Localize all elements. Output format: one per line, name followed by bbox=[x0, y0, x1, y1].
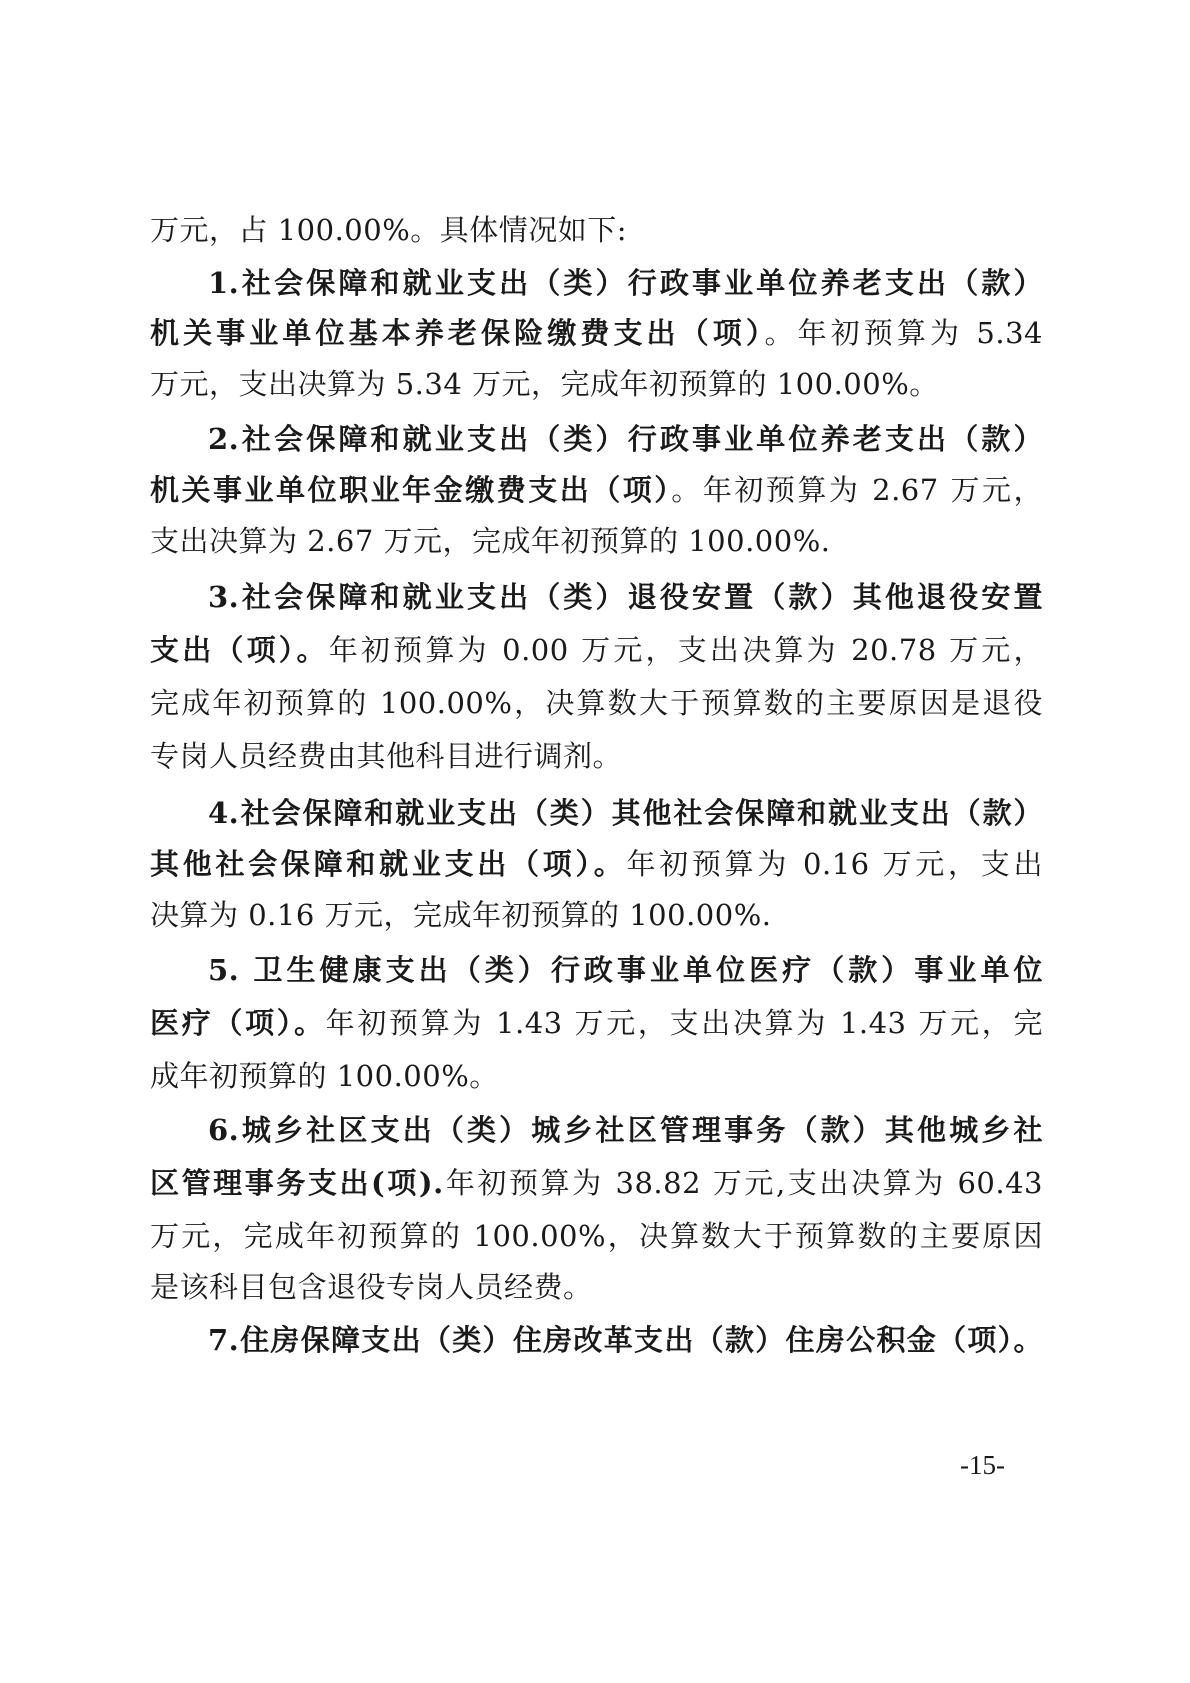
item-6-line-1: 6.城乡社区支出（类）城乡社区管理事务（款）其他城乡社 bbox=[150, 1110, 1043, 1150]
item-3-budget-text: 年初预算为 0.00 万元，支出决算为 20.78 万元， bbox=[329, 633, 1043, 667]
item-6-number: 6. bbox=[208, 1113, 239, 1147]
item-1-line-3: 万元，支出决算为 5.34 万元，完成年初预算的 100.00%。 bbox=[150, 364, 939, 404]
item-5-line-1: 5. 卫生健康支出（类）行政事业单位医疗（款）事业单位 bbox=[150, 950, 1043, 990]
item-6-heading-part-2: 区管理事务支出(项). bbox=[150, 1166, 444, 1200]
intro-tail-line: 万元，占 100.00%。具体情况如下: bbox=[150, 210, 627, 250]
item-6-line-3: 万元，完成年初预算的 100.00%，决算数大于预算数的主要原因 bbox=[150, 1216, 1043, 1256]
item-4-number: 4. bbox=[208, 796, 239, 830]
item-6-result-text: 万元，完成年初预算的 100.00%，决算数大于预算数的主要原因 bbox=[150, 1219, 1043, 1253]
item-3-number: 3. bbox=[208, 580, 239, 614]
item-3-result-text: 完成年初预算的 100.00%，决算数大于预算数的主要原因是退役 bbox=[150, 686, 1043, 720]
item-6-line-2: 区管理事务支出(项).年初预算为 38.82 万元,支出决算为 60.43 bbox=[150, 1163, 1043, 1203]
item-1-number: 1. bbox=[208, 266, 239, 300]
item-3-line-1: 3.社会保障和就业支出（类）退役安置（款）其他退役安置 bbox=[150, 577, 1043, 617]
item-7-number: 7. bbox=[208, 1323, 239, 1357]
item-6-heading-part-1: 城乡社区支出（类）城乡社区管理事务（款）其他城乡社 bbox=[239, 1113, 1043, 1147]
item-5-heading-part-2: 医疗（项）。 bbox=[150, 1006, 326, 1040]
item-7-heading: 住房保障支出（类）住房改革支出（款）住房公积金（项）。 bbox=[239, 1323, 1043, 1357]
item-5-budget-text: 年初预算为 1.43 万元，支出决算为 1.43 万元，完 bbox=[326, 1006, 1043, 1040]
item-2-line-3: 支出决算为 2.67 万元，完成年初预算的 100.00%. bbox=[150, 521, 830, 561]
item-5-result-text: 成年初预算的 100.00%。 bbox=[150, 1059, 499, 1093]
item-3-line-4: 专岗人员经费由其他科目进行调剂。 bbox=[150, 736, 622, 776]
item-3-heading-part-2: 支出（项）。 bbox=[150, 633, 329, 667]
item-5-line-3: 成年初预算的 100.00%。 bbox=[150, 1056, 499, 1096]
item-4-line-1: 4.社会保障和就业支出（类）其他社会保障和就业支出（款） bbox=[150, 793, 1043, 833]
item-2-budget-text: 。年初预算为 2.67 万元， bbox=[671, 473, 1043, 507]
item-1-line-2: 机关事业单位基本养老保险缴费支出（项）。年初预算为 5.34 bbox=[150, 313, 1043, 353]
item-2-line-1: 2.社会保障和就业支出（类）行政事业单位养老支出（款） bbox=[150, 419, 1043, 459]
item-2-heading-part-2: 机关事业单位职业年金缴费支出（项） bbox=[150, 473, 671, 507]
item-2-line-2: 机关事业单位职业年金缴费支出（项）。年初预算为 2.67 万元， bbox=[150, 470, 1043, 510]
item-4-heading-part-1: 社会保障和就业支出（类）其他社会保障和就业支出（款） bbox=[239, 796, 1043, 830]
item-2-number: 2. bbox=[208, 422, 239, 456]
intro-tail-text: 万元，占 100.00%。具体情况如下: bbox=[150, 213, 627, 247]
item-1-line-1: 1.社会保障和就业支出（类）行政事业单位养老支出（款） bbox=[150, 263, 1043, 303]
item-3-heading-part-1: 社会保障和就业支出（类）退役安置（款）其他退役安置 bbox=[239, 580, 1043, 614]
item-5-number: 5. bbox=[208, 953, 239, 987]
item-1-heading-part-1: 社会保障和就业支出（类）行政事业单位养老支出（款） bbox=[239, 266, 1043, 300]
item-2-result-text: 支出决算为 2.67 万元，完成年初预算的 100.00%. bbox=[150, 524, 830, 558]
item-3-reason-text: 专岗人员经费由其他科目进行调剂。 bbox=[150, 739, 622, 773]
item-5-heading-part-1: 卫生健康支出（类）行政事业单位医疗（款）事业单位 bbox=[239, 953, 1043, 987]
item-3-line-3: 完成年初预算的 100.00%，决算数大于预算数的主要原因是退役 bbox=[150, 683, 1043, 723]
item-6-budget-text: 年初预算为 38.82 万元,支出决算为 60.43 bbox=[444, 1166, 1043, 1200]
page-number: -15- bbox=[960, 1448, 1005, 1482]
item-5-line-2: 医疗（项）。年初预算为 1.43 万元，支出决算为 1.43 万元，完 bbox=[150, 1003, 1043, 1043]
item-4-heading-part-2: 其他社会保障和就业支出（项）。 bbox=[150, 847, 626, 881]
item-4-result-text: 决算为 0.16 万元，完成年初预算的 100.00%. bbox=[150, 898, 771, 932]
item-3-line-2: 支出（项）。年初预算为 0.00 万元，支出决算为 20.78 万元， bbox=[150, 630, 1043, 670]
item-2-heading-part-1: 社会保障和就业支出（类）行政事业单位养老支出（款） bbox=[239, 422, 1043, 456]
item-4-line-2: 其他社会保障和就业支出（项）。年初预算为 0.16 万元，支出 bbox=[150, 844, 1043, 884]
item-6-line-4: 是该科目包含退役专岗人员经费。 bbox=[150, 1267, 593, 1307]
item-4-budget-text: 年初预算为 0.16 万元，支出 bbox=[626, 847, 1043, 881]
item-1-heading-part-2: 机关事业单位基本养老保险缴费支出（项） bbox=[150, 316, 764, 350]
item-1-result-text: 万元，支出决算为 5.34 万元，完成年初预算的 100.00%。 bbox=[150, 367, 939, 401]
item-4-line-3: 决算为 0.16 万元，完成年初预算的 100.00%. bbox=[150, 895, 771, 935]
item-6-reason-text: 是该科目包含退役专岗人员经费。 bbox=[150, 1270, 593, 1304]
item-1-budget-text: 。年初预算为 5.34 bbox=[764, 316, 1043, 350]
item-7-line-1: 7.住房保障支出（类）住房改革支出（款）住房公积金（项）。 bbox=[150, 1320, 1043, 1360]
